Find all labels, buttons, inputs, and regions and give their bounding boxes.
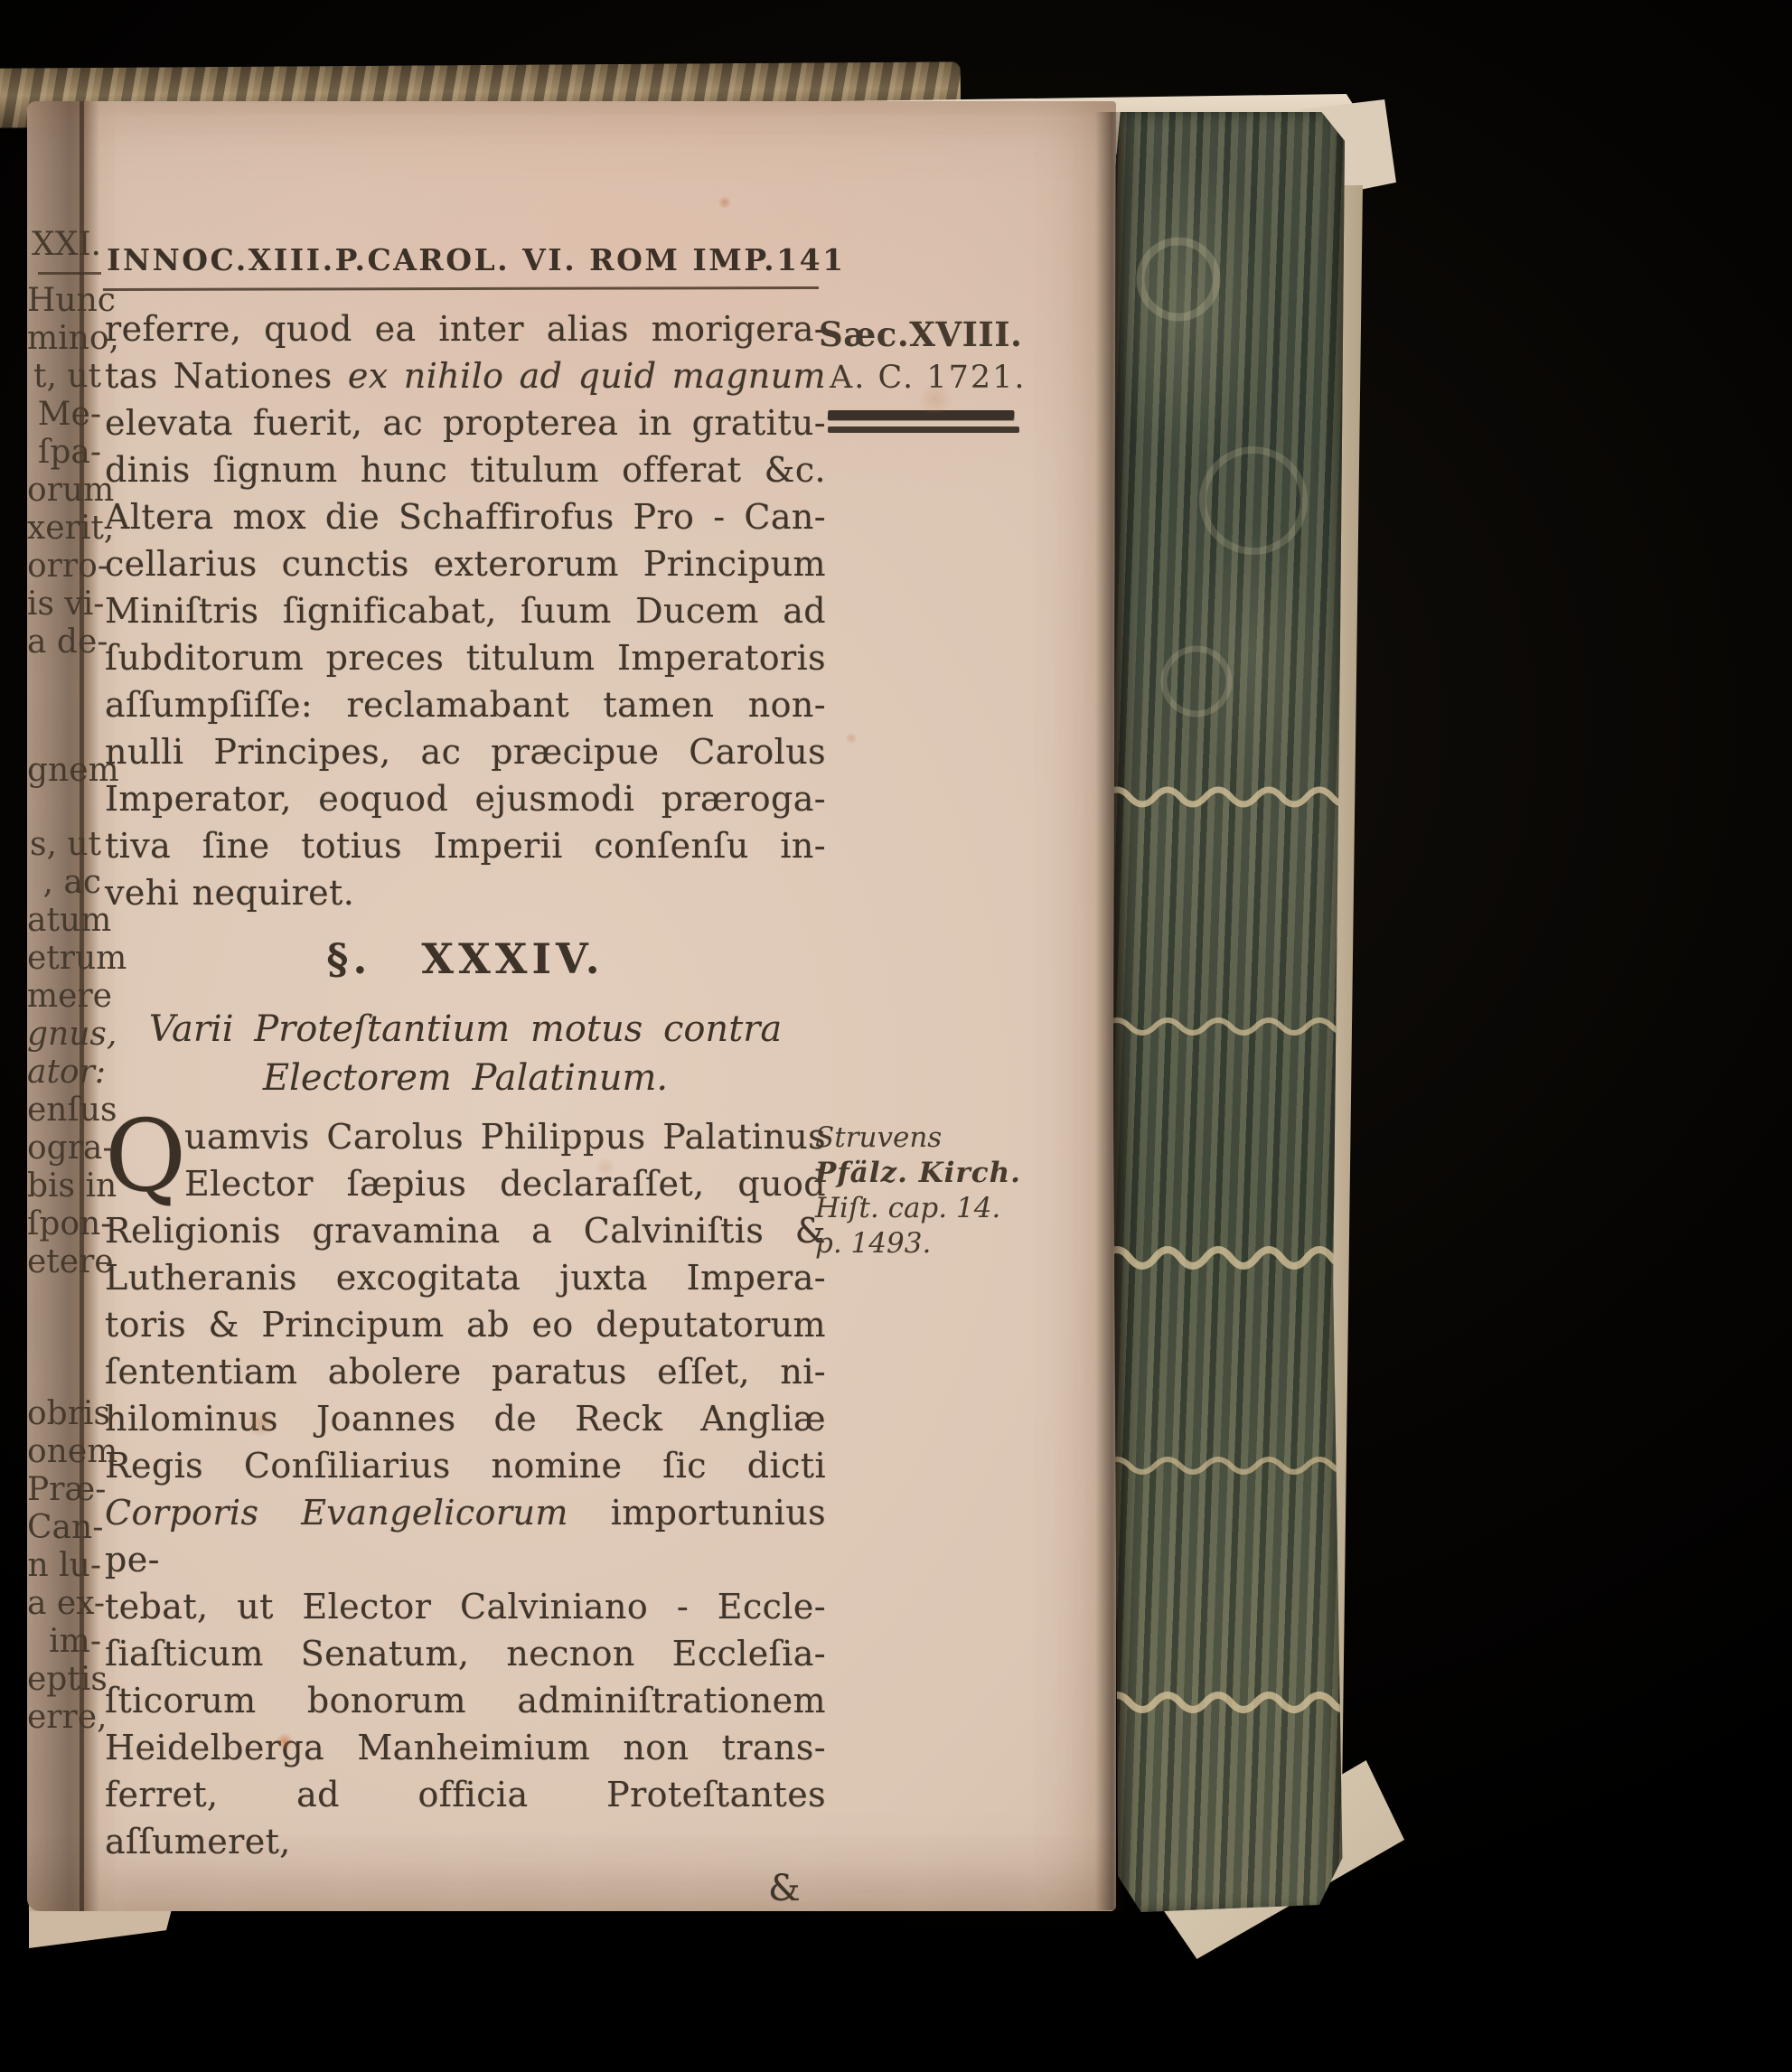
header-rule: [103, 286, 819, 291]
double-rule-bottom: [828, 427, 1019, 433]
margin-note-date: Sæc.XVIII. A. C. 1721.: [819, 314, 1022, 433]
paragraph-2-lines: uamvis Carolus Philippus PalatinusElecto…: [105, 1113, 826, 1865]
left-page-text-fragments: XXI.Huncmino,t, utMe-ſpa-orumxerit,orro-…: [27, 226, 110, 1737]
running-header-left: INNOC.XIII.P.: [107, 242, 367, 277]
section-title: Varii Proteſtantium motus contraElectore…: [105, 1005, 826, 1102]
running-header-center: CAROL. VI. ROM IMP.: [367, 242, 776, 277]
page-number: 141: [776, 242, 845, 277]
book-page: XXI.Huncmino,t, utMe-ſpa-orumxerit,orro-…: [27, 101, 1116, 1911]
margin-note-citation: StruvensPfälz. Kirch.Hiſt. cap. 14.p. 14…: [815, 1120, 1041, 1261]
marbling-pattern: [1113, 112, 1345, 1912]
margin-note-year: A. C. 1721.: [819, 360, 1022, 396]
fore-edge-marbling: [1113, 112, 1345, 1912]
margin-note-century: Sæc.XVIII.: [819, 314, 1022, 354]
running-header: INNOC.XIII.P. CAROL. VI. ROM IMP. 141: [107, 242, 804, 277]
paragraph-2: Q uamvis Carolus Philippus PalatinusElec…: [105, 1113, 826, 1912]
page-to-edge-shadow: [1095, 112, 1126, 1910]
section-heading: §. XXXIV. Varii Proteſtantium motus cont…: [105, 934, 826, 1102]
catchword: &: [105, 1865, 826, 1912]
photograph-of-open-book: XXI.Huncmino,t, utMe-ſpa-orumxerit,orro-…: [0, 0, 1792, 2072]
paragraph-1: referre, quod ea inter alias morigera-ta…: [105, 305, 826, 916]
double-rule-top: [828, 410, 1015, 420]
section-number: §. XXXIV.: [105, 934, 826, 983]
decorative-double-rule: [819, 410, 1022, 433]
